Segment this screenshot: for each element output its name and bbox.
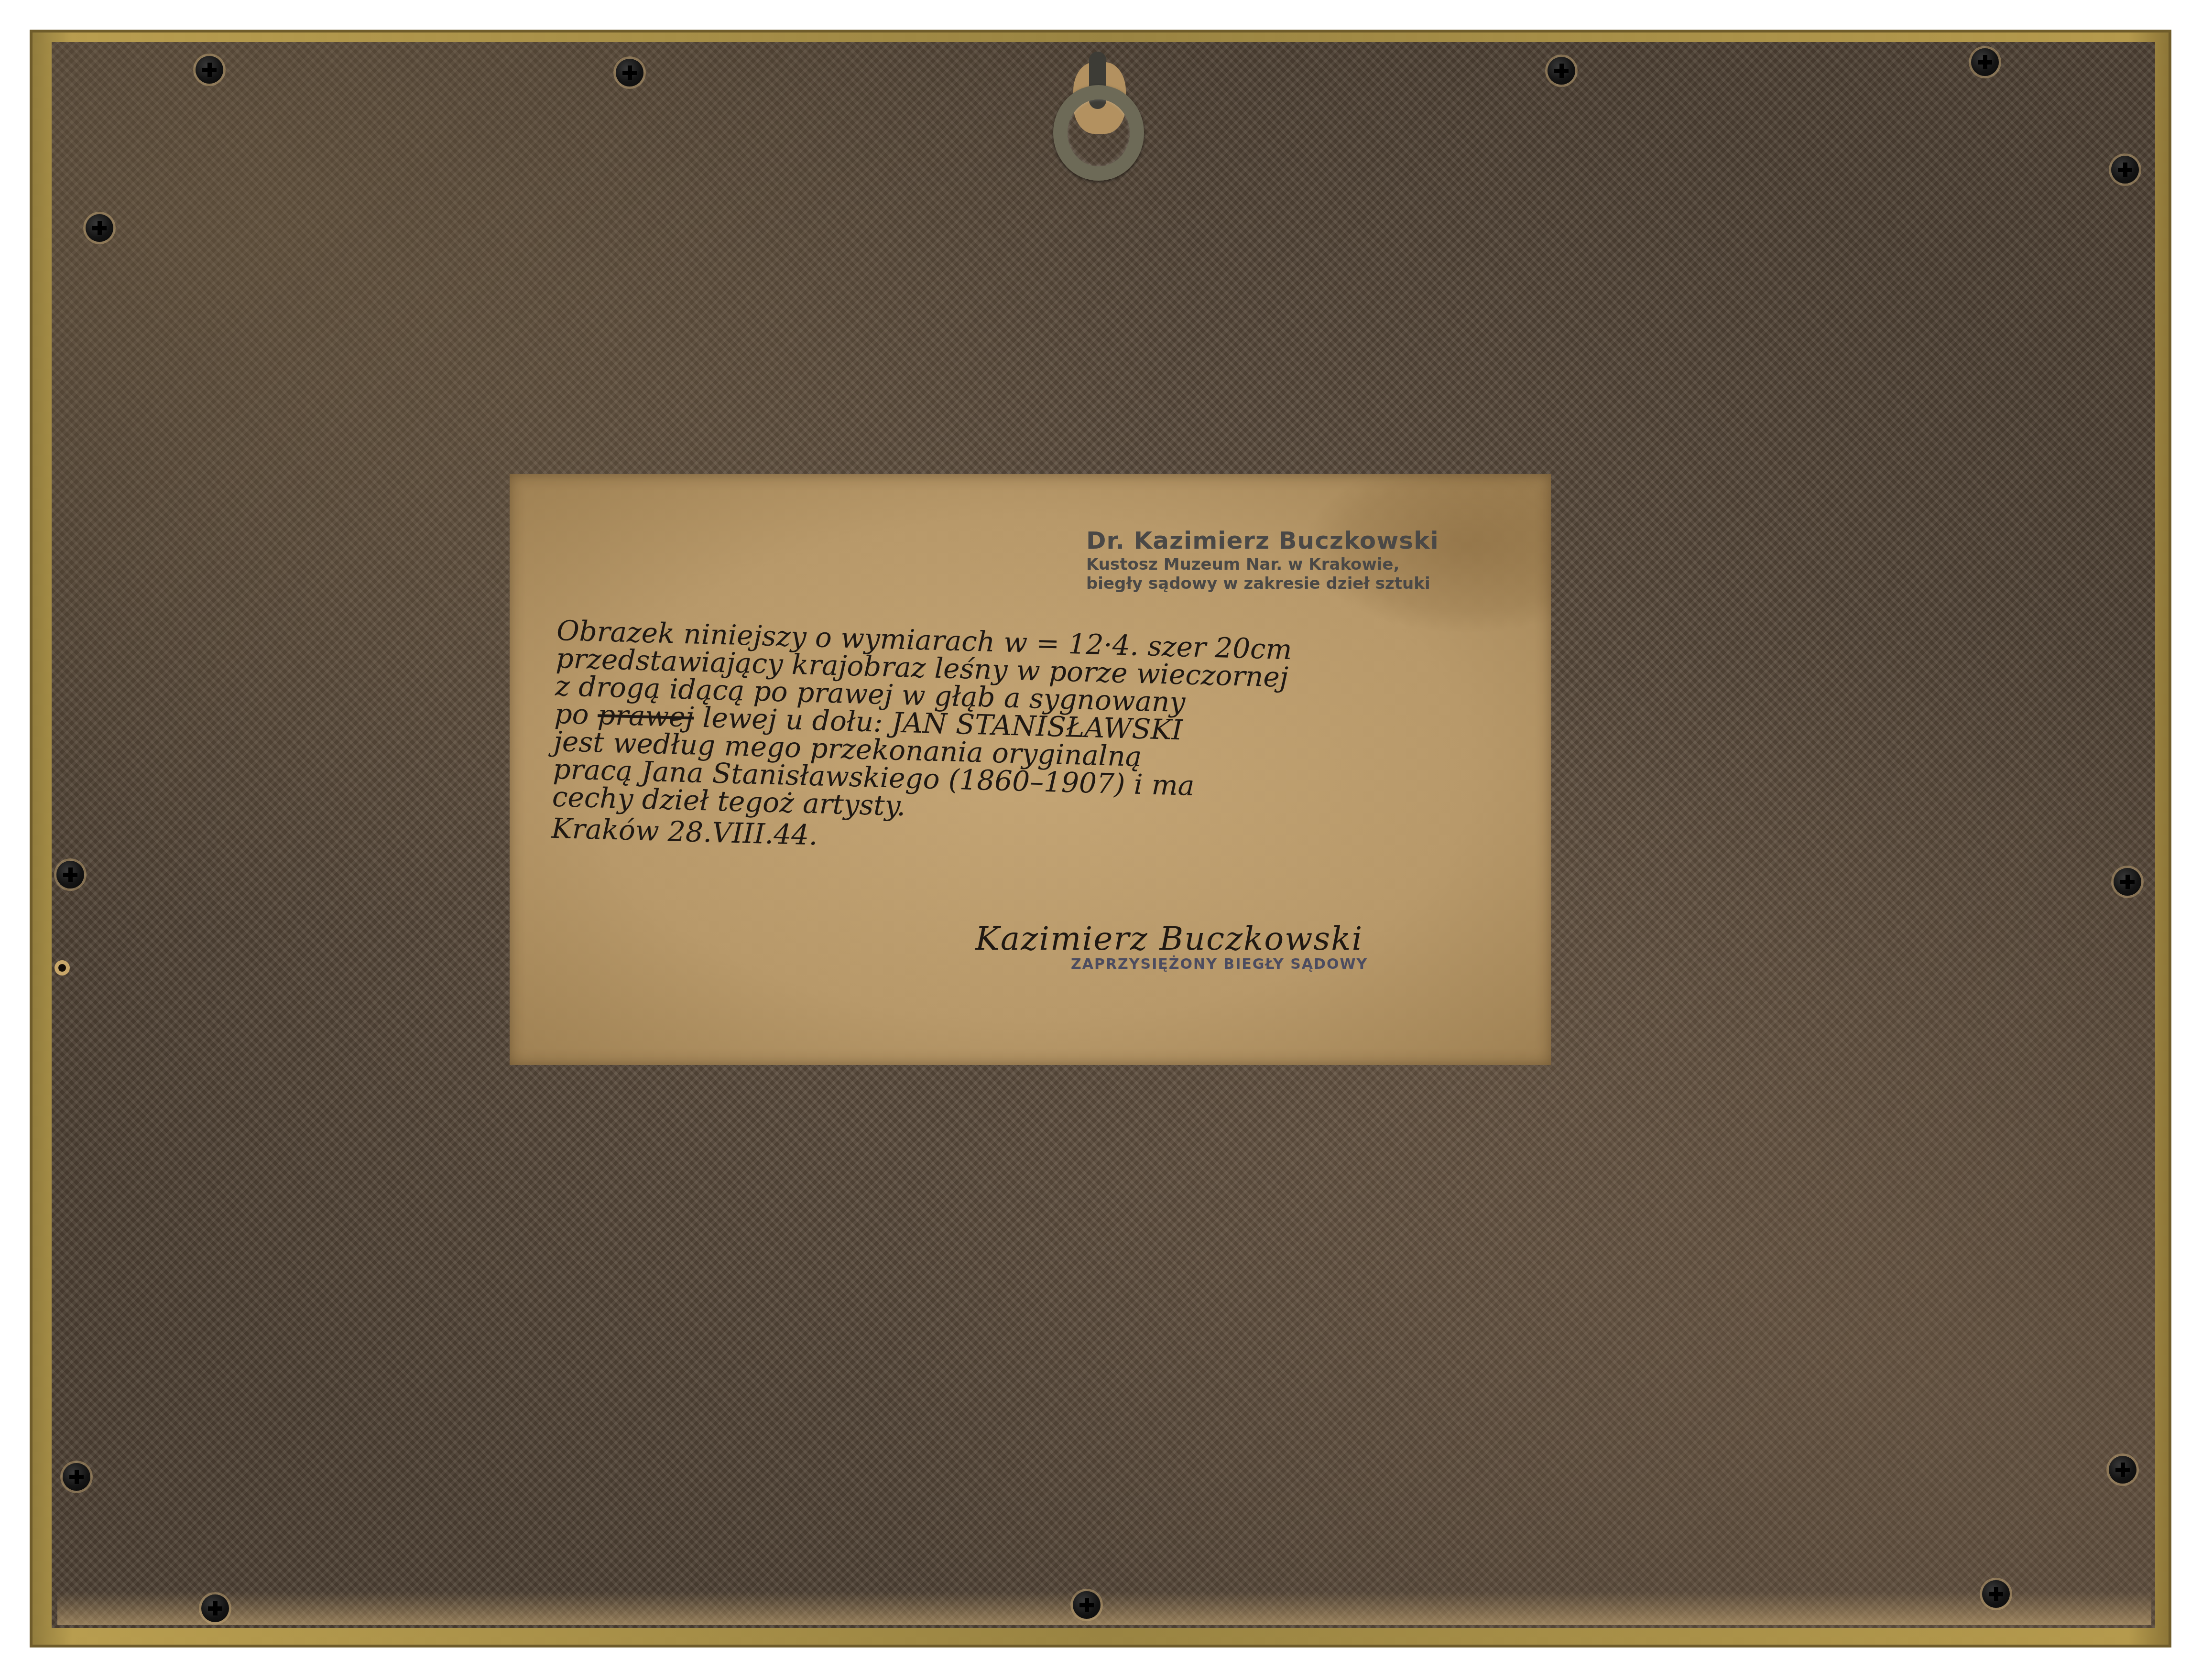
screw-icon <box>1073 1591 1101 1619</box>
screw-icon <box>616 59 643 87</box>
signature: Kazimierz Buczkowski <box>975 920 1363 958</box>
screw-icon <box>2109 1456 2137 1484</box>
nail-hole <box>58 964 66 972</box>
stamp-title: Kustosz Muzeum Nar. w Krakowie, <box>1086 555 1450 574</box>
screw-icon <box>63 1463 90 1491</box>
backing-edge-wear <box>57 1592 2151 1625</box>
handwritten-note: Obrazek niniejszy o wymiarach w = 12·4. … <box>551 617 1504 867</box>
screw-icon <box>1982 1580 2010 1608</box>
screw-icon <box>201 1594 229 1622</box>
stamp-name: Dr. Kazimierz Buczkowski <box>1086 527 1450 555</box>
screw-icon <box>2111 156 2139 184</box>
header-stamp: Dr. Kazimierz Buczkowski Kustosz Muzeum … <box>1086 527 1450 593</box>
sworn-expert-stamp: ZAPRZYSIĘŻONY BIEGŁY SĄDOWY <box>1071 956 1368 973</box>
screw-icon <box>196 56 223 84</box>
stamp-role: biegły sądowy w zakresie dzieł sztuki <box>1086 574 1450 593</box>
screw-icon <box>1548 57 1575 85</box>
screw-icon <box>1971 48 1999 76</box>
screw-icon <box>2114 868 2141 896</box>
screw-icon <box>86 214 113 242</box>
hanger-ring-icon <box>1053 85 1144 181</box>
screw-icon <box>56 861 84 889</box>
